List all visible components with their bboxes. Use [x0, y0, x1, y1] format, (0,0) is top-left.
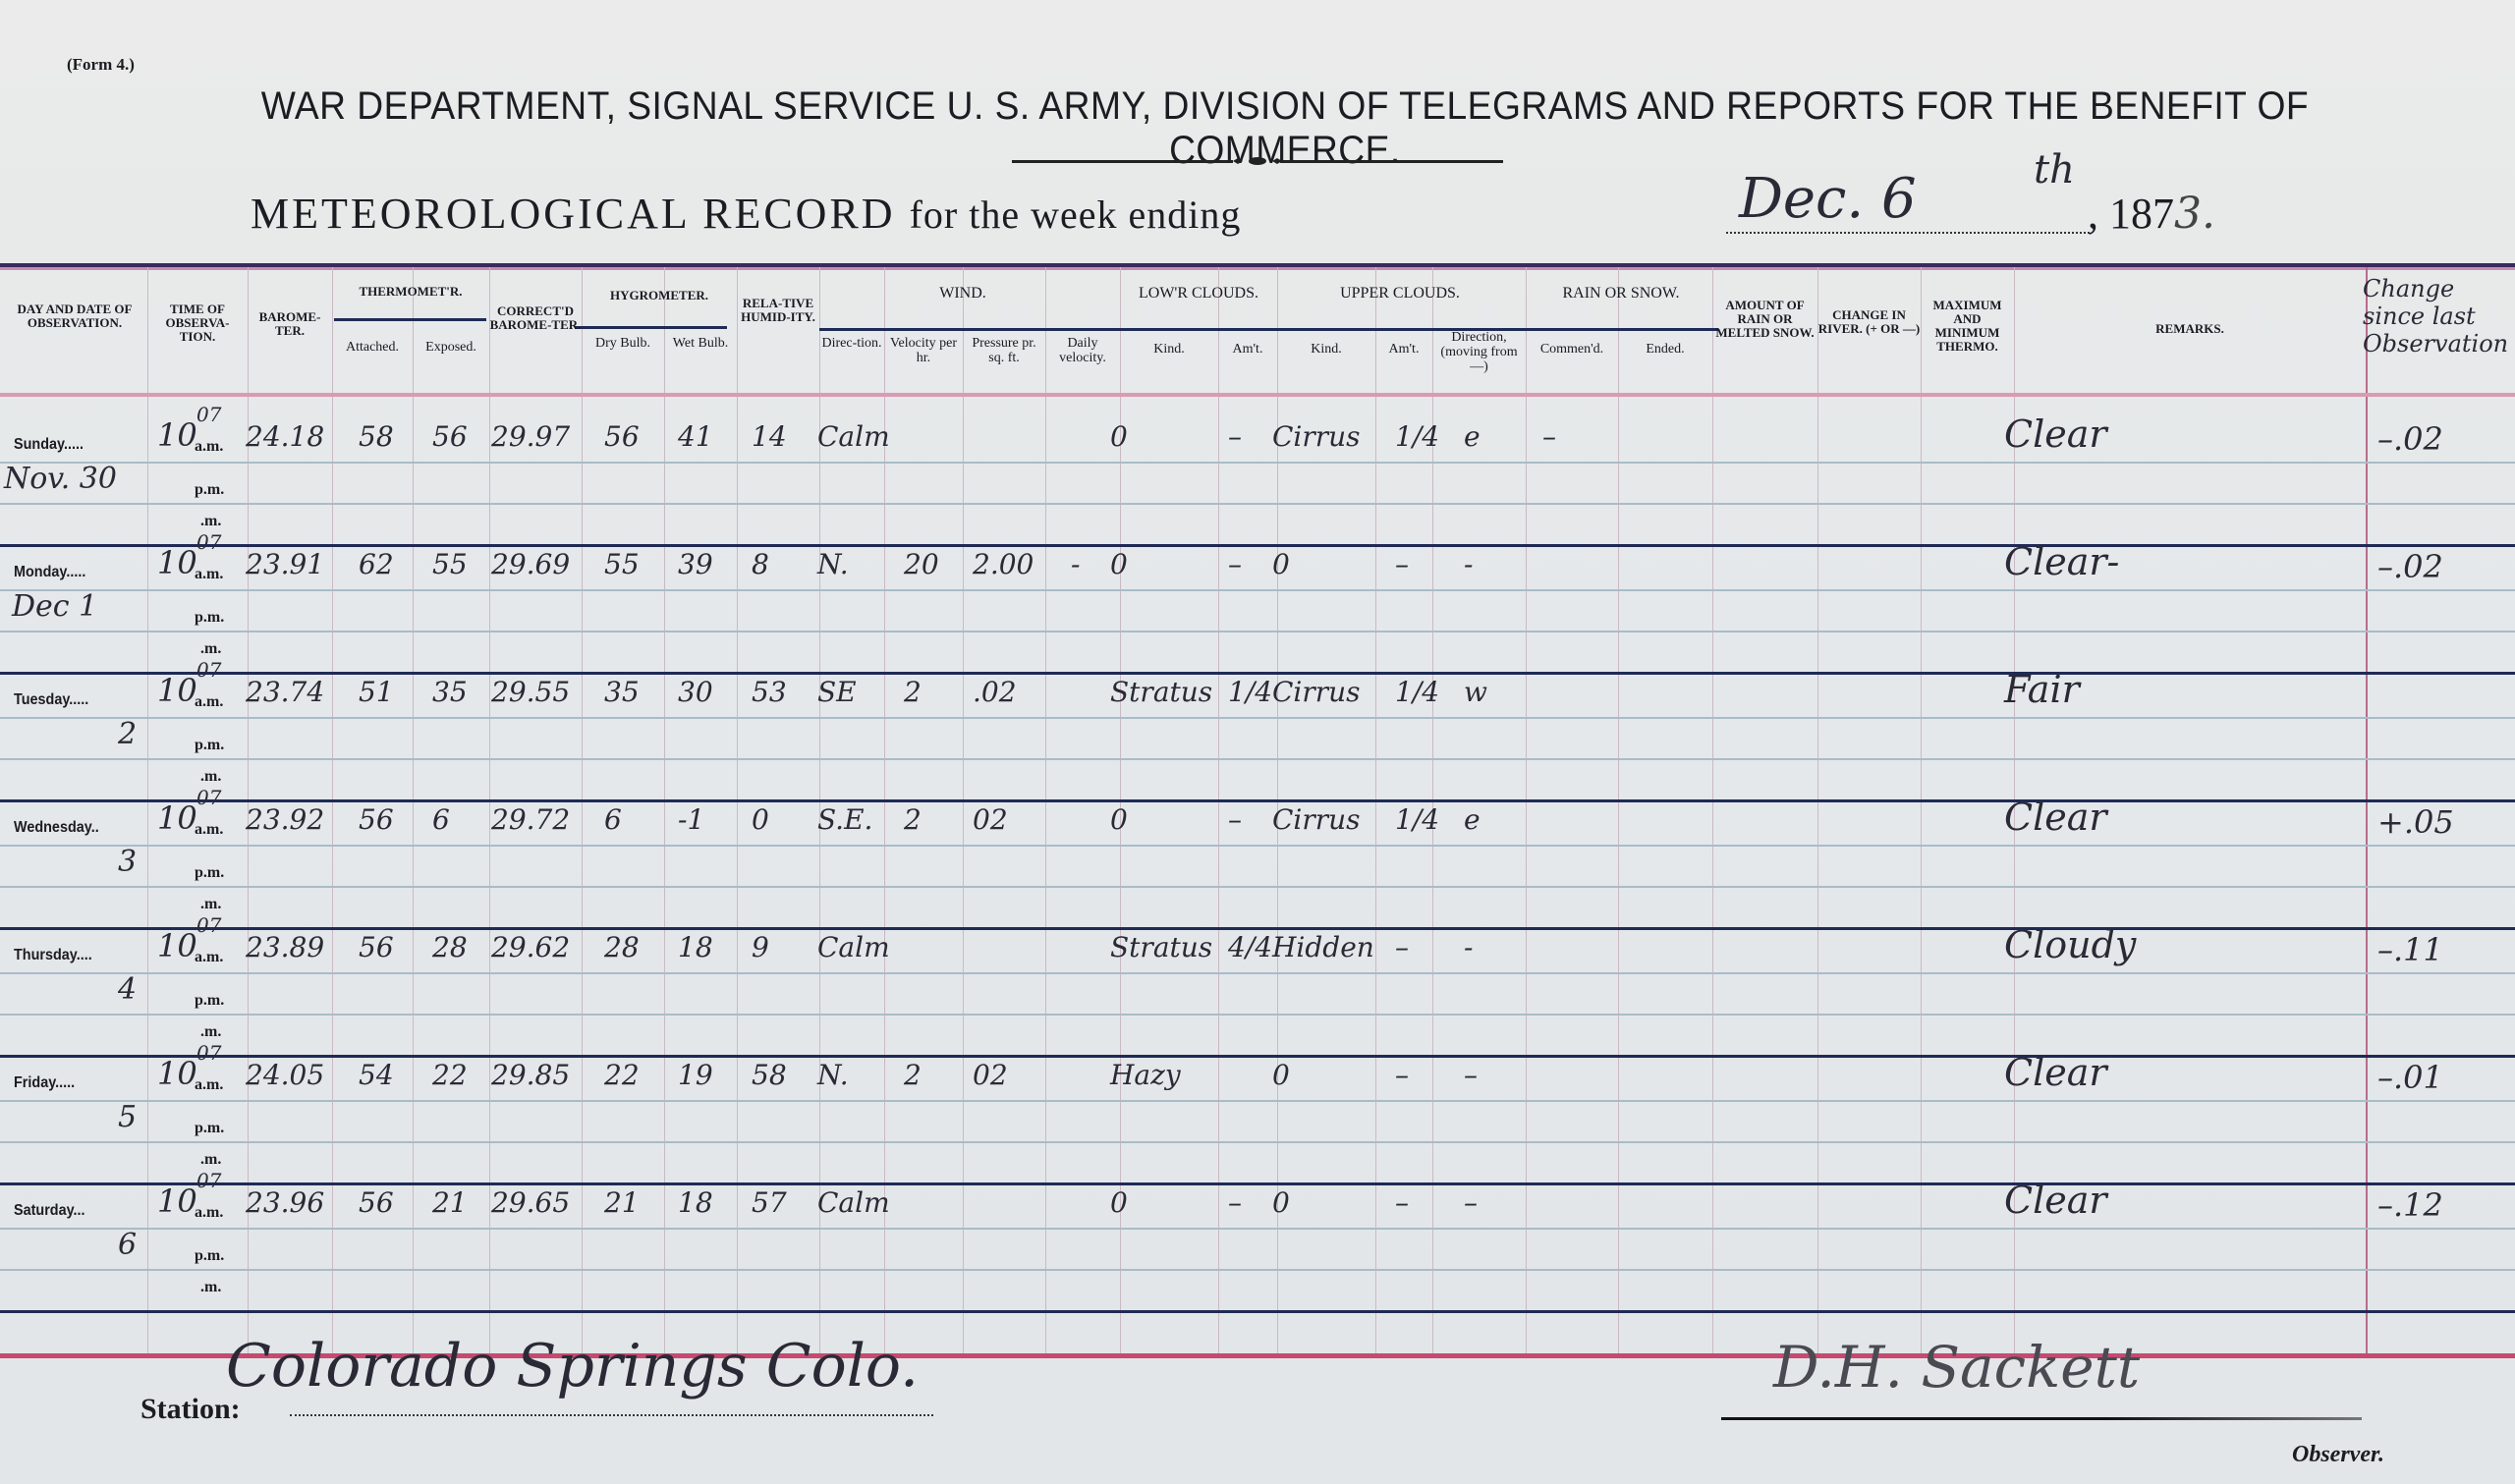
upper-cloud-direction-cell: e — [1464, 803, 1481, 836]
thermo-exposed-cell: 22 — [432, 1059, 468, 1091]
header-lower-kind: Kind. — [1120, 342, 1218, 357]
col-divider — [489, 267, 490, 1353]
upper-cloud-amount-cell: – — [1395, 931, 1409, 963]
wet-bulb-cell: 39 — [678, 548, 713, 580]
time-minutes: 07 — [196, 1169, 221, 1192]
upper-cloud-amount-cell: – — [1395, 1059, 1409, 1091]
header-relative-humidity: RELA-TIVE HUMID-ITY. — [739, 297, 817, 324]
header-rain-snow-group: RAIN OR SNOW. — [1526, 285, 1716, 302]
row-line — [0, 886, 2515, 888]
header-corrected-barometer: CORRECT'D BAROME-TER. — [489, 304, 582, 332]
lower-cloud-amount-cell: 4/4 — [1228, 931, 1272, 963]
date-handwritten: 4 — [118, 972, 137, 1007]
day-divider — [0, 1182, 2515, 1185]
time-hour: 10 — [157, 1055, 197, 1092]
wind-velocity-cell: 2 — [904, 803, 922, 836]
change-since-last-cell: –.12 — [2377, 1186, 2443, 1224]
row-line — [0, 845, 2515, 847]
time-minutes: 07 — [196, 1041, 221, 1065]
wet-bulb-cell: 41 — [678, 420, 713, 453]
lower-cloud-kind-cell: Stratus — [1110, 676, 1212, 708]
upper-cloud-direction-cell: – — [1464, 1186, 1478, 1219]
header-day-date: DAY AND DATE OF OBSERVATION. — [6, 302, 143, 330]
pm-label: p.m. — [195, 481, 224, 499]
year: , 1873. — [2088, 189, 2215, 239]
wet-bulb-cell: 18 — [678, 1186, 713, 1219]
remarks-cell: Clear — [2004, 1051, 2107, 1094]
col-divider — [582, 267, 583, 1353]
header-river-change: CHANGE IN RIVER. (+ OR —) — [1817, 308, 1921, 336]
header-wind-pressure: Pressure pr. sq. ft. — [963, 336, 1045, 365]
header-exposed: Exposed. — [413, 340, 489, 355]
week-ending-date: Dec. 6 — [1739, 167, 1917, 231]
pm-label: p.m. — [195, 992, 224, 1010]
time-hour: 10 — [157, 544, 197, 581]
date-handwritten: 6 — [118, 1228, 137, 1262]
header-upper-direction: Direction, (moving from—) — [1432, 330, 1526, 374]
lower-cloud-amount-cell: – — [1228, 420, 1242, 453]
dry-bulb-cell: 22 — [604, 1059, 640, 1091]
pm-label: p.m. — [195, 737, 224, 754]
header-thermometer-group: THERMOMET'R. — [334, 285, 487, 299]
header-upper-kind: Kind. — [1277, 342, 1375, 357]
wind-direction-cell: N. — [817, 548, 849, 580]
header-max-min-thermo: MAXIMUM AND MINIMUM THERMO. — [1921, 299, 2014, 354]
date-handwritten: Dec 1 — [12, 589, 97, 624]
barometer-cell: 23.91 — [246, 548, 324, 580]
upper-cloud-kind-cell: Hidden — [1272, 931, 1374, 963]
date-handwritten: 5 — [118, 1100, 137, 1134]
wind-daily-cell: - — [1071, 548, 1080, 580]
wind-direction-cell: N. — [817, 1059, 849, 1091]
day-divider — [0, 799, 2515, 802]
week-ending-field-line — [1726, 232, 2090, 234]
humidity-cell: 8 — [752, 548, 769, 580]
hygrometer-group-rule — [575, 326, 727, 329]
ornament-knot-icon — [1233, 157, 1282, 165]
station-value: Colorado Springs Colo. — [226, 1332, 919, 1401]
day-label: Tuesday..... — [14, 691, 88, 709]
col-divider — [413, 267, 414, 1353]
table-top-rule — [0, 263, 2515, 267]
row-line — [0, 972, 2515, 974]
col-divider — [332, 267, 333, 1353]
header-rain-ended: Ended. — [1618, 342, 1712, 357]
thermo-exposed-cell: 35 — [432, 676, 468, 708]
thermo-attached-cell: 56 — [359, 1186, 394, 1219]
row-line — [0, 1141, 2515, 1143]
week-ending-suffix: th — [2034, 147, 2075, 192]
upper-cloud-direction-cell: - — [1464, 931, 1473, 963]
date-handwritten: Nov. 30 — [4, 462, 117, 496]
am-label: a.m. — [195, 1204, 223, 1222]
wind-direction-cell: Calm — [817, 420, 890, 453]
remarks-cell: Fair — [2004, 668, 2080, 711]
col-divider — [1045, 267, 1046, 1353]
time-minutes: 07 — [196, 658, 221, 682]
am-label: a.m. — [195, 566, 223, 583]
day-label: Saturday... — [14, 1202, 85, 1220]
pm-label: p.m. — [195, 864, 224, 882]
wind-direction-cell: S.E. — [817, 803, 872, 836]
barometer-cell: 23.74 — [246, 676, 324, 708]
m-label: .m. — [200, 1151, 221, 1169]
col-divider — [1218, 267, 1219, 1353]
lower-cloud-kind-cell: Stratus — [1110, 931, 1212, 963]
day-label: Thursday.... — [14, 947, 92, 964]
lower-cloud-kind-cell: 0 — [1110, 420, 1128, 453]
corrected-barometer-cell: 29.85 — [491, 1059, 570, 1091]
col-divider — [1618, 267, 1619, 1353]
time-hour: 10 — [157, 672, 197, 709]
row-line — [0, 1228, 2515, 1230]
humidity-cell: 53 — [752, 676, 787, 708]
am-label: a.m. — [195, 1076, 223, 1094]
header-wind-daily: Daily velocity. — [1045, 336, 1120, 365]
am-label: a.m. — [195, 821, 223, 839]
dry-bulb-cell: 35 — [604, 676, 640, 708]
time-minutes: 07 — [196, 403, 221, 426]
day-label: Friday..... — [14, 1074, 75, 1092]
wind-direction-cell: Calm — [817, 1186, 890, 1219]
wind-clouds-group-rule — [819, 328, 1718, 331]
day-label: Monday..... — [14, 564, 85, 581]
barometer-cell: 23.89 — [246, 931, 324, 963]
lower-cloud-amount-cell: – — [1228, 548, 1242, 580]
upper-cloud-direction-cell: e — [1464, 420, 1481, 453]
header-change-since-last: Change since last Observation — [2363, 275, 2510, 357]
header-wet-bulb: Wet Bulb. — [664, 336, 737, 351]
col-divider — [1526, 267, 1527, 1353]
barometer-cell: 23.96 — [246, 1186, 324, 1219]
corrected-barometer-cell: 29.69 — [491, 548, 570, 580]
col-divider — [664, 267, 665, 1353]
rain-commenced-cell: – — [1542, 420, 1556, 453]
wind-velocity-cell: 20 — [904, 548, 939, 580]
ornament-divider — [1012, 157, 1503, 165]
col-divider — [737, 267, 738, 1353]
change-since-last-cell: +.05 — [2377, 803, 2454, 841]
col-divider — [1712, 267, 1713, 1353]
corrected-barometer-cell: 29.65 — [491, 1186, 570, 1219]
thermo-attached-cell: 62 — [359, 548, 394, 580]
form-sheet: (Form 4.) WAR DEPARTMENT, SIGNAL SERVICE… — [0, 0, 2515, 1484]
upper-cloud-direction-cell: w — [1464, 676, 1487, 708]
m-label: .m. — [200, 1279, 221, 1296]
header-attached: Attached. — [332, 340, 413, 355]
thermo-attached-cell: 51 — [359, 676, 394, 708]
wet-bulb-cell: 18 — [678, 931, 713, 963]
m-label: .m. — [200, 1023, 221, 1041]
day-label: Wednesday.. — [14, 819, 99, 837]
humidity-cell: 0 — [752, 803, 769, 836]
upper-cloud-amount-cell: – — [1395, 548, 1409, 580]
dry-bulb-cell: 6 — [604, 803, 622, 836]
lower-cloud-kind-cell: 0 — [1110, 1186, 1128, 1219]
row-line — [0, 758, 2515, 760]
time-hour: 10 — [157, 799, 197, 837]
humidity-cell: 58 — [752, 1059, 787, 1091]
day-divider — [0, 544, 2515, 547]
upper-cloud-kind-cell: Cirrus — [1272, 420, 1361, 453]
time-hour: 10 — [157, 927, 197, 964]
header-wind-velocity: Velocity per hr. — [884, 336, 963, 365]
row-line — [0, 1100, 2515, 1102]
remarks-cell: Clear — [2004, 1179, 2107, 1222]
remarks-cell: Clear — [2004, 796, 2107, 839]
upper-cloud-kind-cell: 0 — [1272, 1059, 1290, 1091]
time-minutes: 07 — [196, 786, 221, 809]
thermo-attached-cell: 58 — [359, 420, 394, 453]
humidity-cell: 14 — [752, 420, 787, 453]
wind-velocity-cell: 2 — [904, 676, 922, 708]
day-divider — [0, 1055, 2515, 1058]
remarks-cell: Clear — [2004, 412, 2107, 456]
remarks-cell: Clear- — [2004, 540, 2119, 583]
lower-cloud-kind-cell: 0 — [1110, 548, 1128, 580]
corrected-barometer-cell: 29.97 — [491, 420, 570, 453]
date-handwritten: 3 — [118, 845, 137, 879]
barometer-cell: 23.92 — [246, 803, 324, 836]
thermometer-group-rule — [334, 318, 486, 321]
upper-cloud-direction-cell: - — [1464, 548, 1473, 580]
time-minutes: 07 — [196, 530, 221, 554]
m-label: .m. — [200, 768, 221, 786]
lower-cloud-amount-cell: 1/4 — [1228, 676, 1272, 708]
row-line — [0, 1014, 2515, 1016]
header-rain-commenced: Commen'd. — [1526, 342, 1618, 357]
change-since-last-cell: –.02 — [2377, 420, 2443, 458]
wind-pressure-cell: 2.00 — [973, 548, 1034, 580]
row-line — [0, 462, 2515, 464]
wet-bulb-cell: 30 — [678, 676, 713, 708]
upper-cloud-amount-cell: 1/4 — [1395, 676, 1439, 708]
m-label: .m. — [200, 640, 221, 658]
header-lower-clouds-group: LOW'R CLOUDS. — [1120, 285, 1277, 302]
thermo-exposed-cell: 21 — [432, 1186, 468, 1219]
upper-cloud-direction-cell: – — [1464, 1059, 1478, 1091]
wind-pressure-cell: .02 — [973, 676, 1017, 708]
am-label: a.m. — [195, 438, 223, 456]
observer-signature-line — [1721, 1417, 2362, 1420]
header-rain-amount: AMOUNT OF RAIN OR MELTED SNOW. — [1712, 299, 1817, 340]
thermo-exposed-cell: 56 — [432, 420, 468, 453]
thermo-exposed-cell: 28 — [432, 931, 468, 963]
row-line — [0, 631, 2515, 632]
date-handwritten: 2 — [118, 717, 137, 751]
col-divider — [1921, 267, 1922, 1353]
time-minutes: 07 — [196, 913, 221, 937]
thermo-exposed-cell: 6 — [432, 803, 450, 836]
time-hour: 10 — [157, 416, 197, 454]
form-number: (Form 4.) — [67, 55, 135, 75]
header-dry-bulb: Dry Bulb. — [582, 336, 664, 351]
humidity-cell: 9 — [752, 931, 769, 963]
am-label: a.m. — [195, 693, 223, 711]
lower-cloud-kind-cell: 0 — [1110, 803, 1128, 836]
row-line — [0, 589, 2515, 591]
wind-direction-cell: SE — [817, 676, 857, 708]
header-upper-clouds-group: UPPER CLOUDS. — [1277, 285, 1523, 302]
wet-bulb-cell: -1 — [678, 803, 704, 836]
pm-label: p.m. — [195, 1247, 224, 1265]
dry-bulb-cell: 55 — [604, 548, 640, 580]
wind-velocity-cell: 2 — [904, 1059, 922, 1091]
thermo-exposed-cell: 55 — [432, 548, 468, 580]
change-col-divider — [2366, 267, 2368, 1353]
upper-cloud-kind-cell: 0 — [1272, 1186, 1290, 1219]
lower-cloud-kind-cell: Hazy — [1110, 1059, 1181, 1091]
header-upper-amount: Am't. — [1375, 342, 1432, 357]
header-lower-amount: Am't. — [1218, 342, 1277, 357]
upper-cloud-kind-cell: Cirrus — [1272, 803, 1361, 836]
header-time: TIME OF OBSERVA-TION. — [149, 302, 246, 344]
m-label: .m. — [200, 896, 221, 913]
dry-bulb-cell: 21 — [604, 1186, 640, 1219]
wind-pressure-cell: 02 — [973, 1059, 1008, 1091]
wind-direction-cell: Calm — [817, 931, 890, 963]
change-since-last-cell: –.01 — [2377, 1059, 2443, 1096]
col-divider — [1375, 267, 1376, 1353]
col-divider — [147, 267, 148, 1353]
humidity-cell: 57 — [752, 1186, 787, 1219]
corrected-barometer-cell: 29.62 — [491, 931, 570, 963]
dry-bulb-cell: 56 — [604, 420, 640, 453]
row-line — [0, 503, 2515, 505]
observer-signature: D.H. Sackett — [1773, 1334, 2140, 1401]
header-wind-direction: Direc-tion. — [819, 336, 884, 351]
header-barometer: BAROME-TER. — [250, 310, 330, 338]
thermo-attached-cell: 56 — [359, 803, 394, 836]
m-label: .m. — [200, 513, 221, 530]
observer-label: Observer. — [2292, 1442, 2384, 1468]
barometer-cell: 24.18 — [246, 420, 324, 453]
barometer-cell: 24.05 — [246, 1059, 324, 1091]
header-bottom-rule — [0, 393, 2515, 397]
day-label: Sunday..... — [14, 436, 84, 454]
header-hygrometer-group: HYGROMETER. — [582, 289, 737, 302]
corrected-barometer-cell: 29.72 — [491, 803, 570, 836]
row-line — [0, 717, 2515, 719]
upper-cloud-kind-cell: 0 — [1272, 548, 1290, 580]
day-divider — [0, 1310, 2515, 1313]
change-since-last-cell: –.11 — [2377, 931, 2443, 968]
upper-cloud-kind-cell: Cirrus — [1272, 676, 1361, 708]
wet-bulb-cell: 19 — [678, 1059, 713, 1091]
thermo-attached-cell: 54 — [359, 1059, 394, 1091]
row-line — [0, 1269, 2515, 1271]
header-remarks: REMARKS. — [2014, 322, 2366, 336]
upper-cloud-amount-cell: 1/4 — [1395, 803, 1439, 836]
corrected-barometer-cell: 29.55 — [491, 676, 570, 708]
am-label: a.m. — [195, 949, 223, 966]
station-field-line — [290, 1414, 933, 1416]
dry-bulb-cell: 28 — [604, 931, 640, 963]
header-wind-group: WIND. — [819, 285, 1106, 302]
day-divider — [0, 672, 2515, 675]
col-divider — [1817, 267, 1818, 1353]
day-divider — [0, 927, 2515, 930]
remarks-cell: Cloudy — [2004, 923, 2136, 966]
col-divider — [963, 267, 964, 1353]
time-hour: 10 — [157, 1182, 197, 1220]
upper-cloud-amount-cell: – — [1395, 1186, 1409, 1219]
pm-label: p.m. — [195, 1120, 224, 1137]
record-title: METEOROLOGICAL RECORD for the week endin… — [251, 189, 1241, 239]
wind-pressure-cell: 02 — [973, 803, 1008, 836]
lower-cloud-amount-cell: – — [1228, 1186, 1242, 1219]
pm-label: p.m. — [195, 609, 224, 627]
lower-cloud-amount-cell: – — [1228, 803, 1242, 836]
change-since-last-cell: –.02 — [2377, 548, 2443, 585]
upper-cloud-amount-cell: 1/4 — [1395, 420, 1439, 453]
thermo-attached-cell: 56 — [359, 931, 394, 963]
